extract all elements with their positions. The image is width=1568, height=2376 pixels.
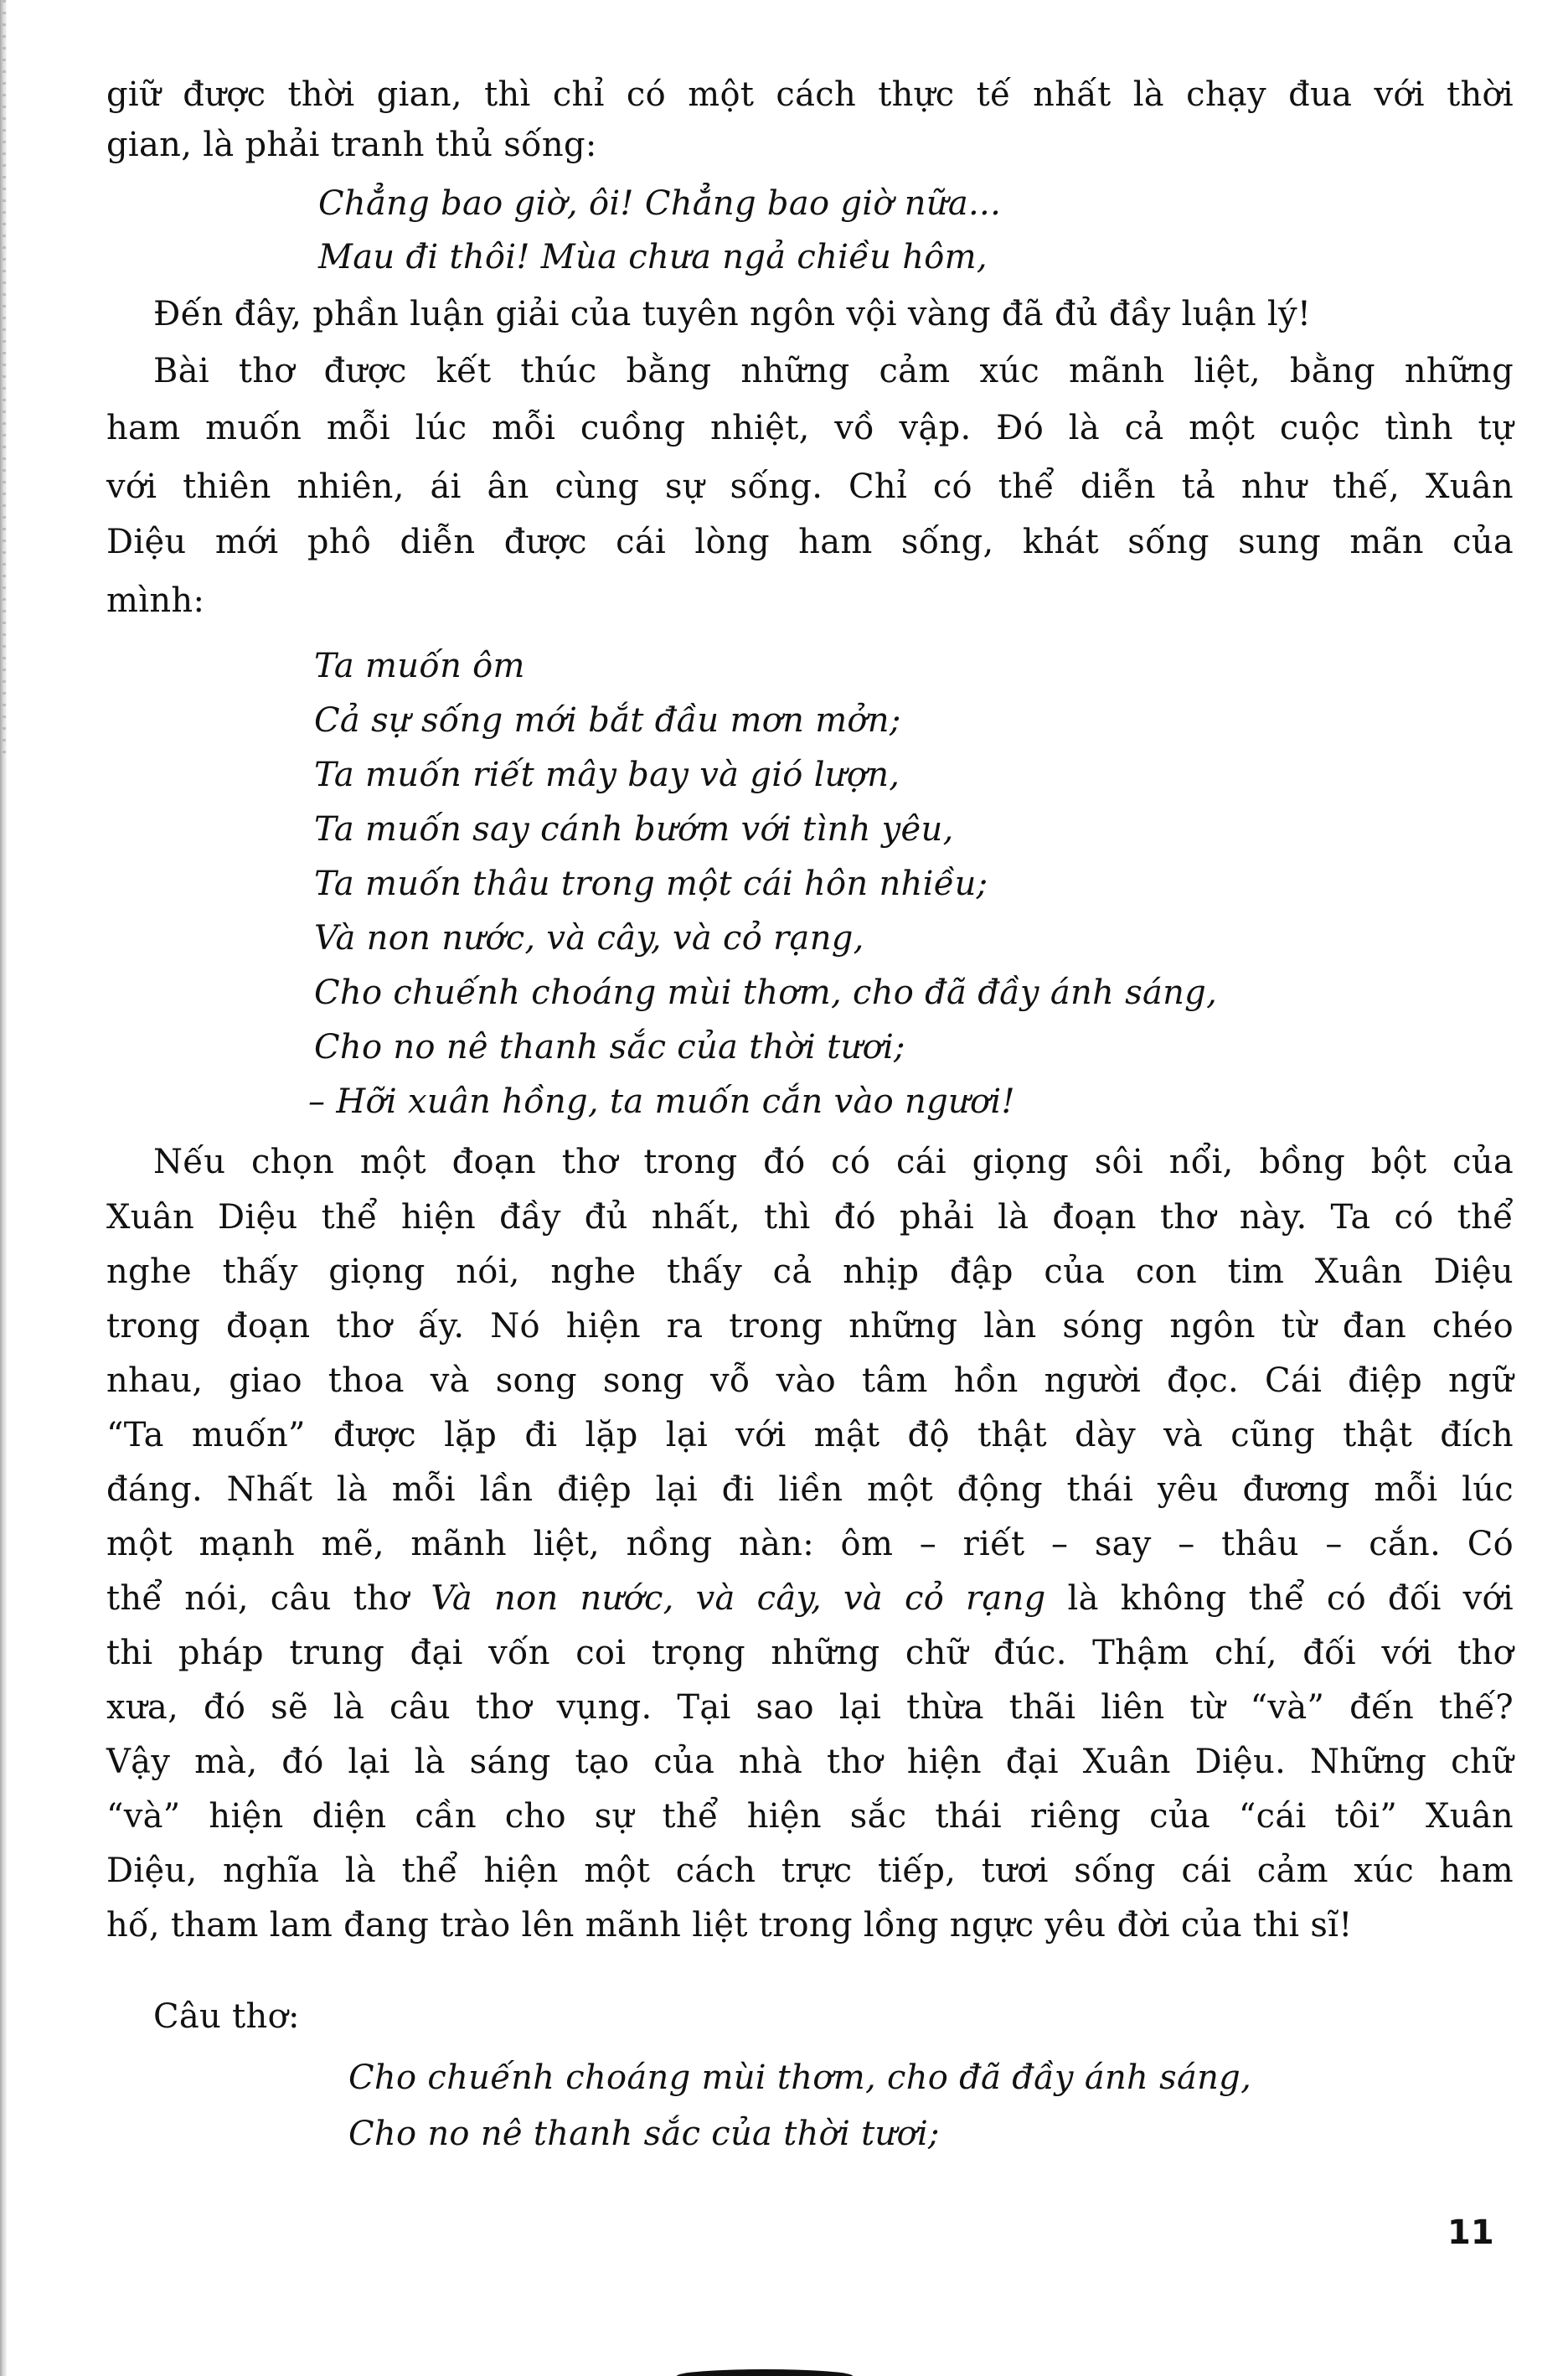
paragraph-4-line-14: Diệu, nghĩa là thể hiện một cách trực ti… bbox=[106, 1850, 1514, 1892]
verse-2-line-2: Cả sự sống mới bắt đầu mơn mởn; bbox=[314, 700, 901, 741]
paragraph-4-line-2: Xuân Diệu thể hiện đầy đủ nhất, thì đó p… bbox=[106, 1196, 1514, 1238]
verse-3-line-1: Cho chuếnh choáng mùi thơm, cho đã đầy á… bbox=[348, 2057, 1251, 2099]
paragraph-3-line-5: mình: bbox=[106, 580, 1514, 622]
line-9-text-after: là không thể có đối với bbox=[1046, 1579, 1514, 1618]
verse-2-line-8: Cho no nê thanh sắc của thời tươi; bbox=[314, 1026, 905, 1068]
paragraph-2-line-1: Đến đây, phần luận giải của tuyên ngôn v… bbox=[153, 293, 1514, 335]
paragraph-4-line-5: nhau, giao thoa và song song vỗ vào tâm … bbox=[106, 1360, 1514, 1402]
verse-1-line-2: Mau đi thôi! Mùa chưa ngả chiều hôm, bbox=[318, 236, 988, 278]
verse-2-line-1: Ta muốn ôm bbox=[314, 645, 525, 687]
binding-shadow-artifact bbox=[677, 2369, 853, 2376]
verse-2-line-7: Cho chuếnh choáng mùi thơm, cho đã đầy á… bbox=[314, 972, 1217, 1014]
verse-2-line-3: Ta muốn riết mây bay và gió lượn, bbox=[314, 754, 900, 796]
verse-2-line-9: – Hỡi xuân hồng, ta muốn cắn vào ngươi! bbox=[308, 1081, 1015, 1123]
paragraph-3-line-1: Bài thơ được kết thúc bằng những cảm xúc… bbox=[153, 350, 1514, 392]
verse-3-line-2: Cho no nê thanh sắc của thời tươi; bbox=[348, 2113, 940, 2155]
paragraph-3-line-4: Diệu mới phô diễn được cái lòng ham sống… bbox=[106, 521, 1514, 563]
paragraph-3-line-2: ham muốn mỗi lúc mỗi cuồng nhiệt, vồ vập… bbox=[106, 407, 1514, 449]
paragraph-4-line-1: Nếu chọn một đoạn thơ trong đó có cái gi… bbox=[153, 1141, 1514, 1183]
inline-verse-quote: Và non nước, và cây, và cỏ rạng bbox=[431, 1579, 1045, 1618]
paragraph-4-line-11: xưa, đó sẽ là câu thơ vụng. Tại sao lại … bbox=[106, 1686, 1514, 1728]
paragraph-1-line-2: gian, là phải tranh thủ sống: bbox=[106, 124, 1514, 166]
paragraph-4-line-10: thi pháp trung đại vốn coi trọng những c… bbox=[106, 1632, 1514, 1674]
book-page: giữ được thời gian, thì chỉ có một cách … bbox=[0, 0, 1568, 2376]
verse-2-line-5: Ta muốn thâu trong một cái hôn nhiều; bbox=[314, 863, 988, 905]
paragraph-4-line-7: đáng. Nhất là mỗi lần điệp lại đi liền m… bbox=[106, 1469, 1514, 1511]
paragraph-4-line-13: “và” hiện diện cần cho sự thể hiện sắc t… bbox=[106, 1795, 1514, 1837]
paragraph-4-line-4: trong đoạn thơ ấy. Nó hiện ra trong nhữn… bbox=[106, 1305, 1514, 1347]
paragraph-4-line-8: một mạnh mẽ, mãnh liệt, nồng nàn: ôm – r… bbox=[106, 1523, 1514, 1565]
paragraph-5-line-1: Câu thơ: bbox=[153, 1996, 1514, 2038]
paragraph-4-line-12: Vậy mà, đó lại là sáng tạo của nhà thơ h… bbox=[106, 1741, 1514, 1783]
paragraph-1-line-1: giữ được thời gian, thì chỉ có một cách … bbox=[106, 74, 1514, 116]
verse-2-line-4: Ta muốn say cánh bướm với tình yêu, bbox=[314, 808, 954, 850]
page-number: 11 bbox=[1447, 2212, 1494, 2254]
verse-1-line-1: Chẳng bao giờ, ôi! Chẳng bao giờ nữa... bbox=[318, 183, 1001, 225]
paragraph-4-line-6: “Ta muốn” được lặp đi lặp lại với mật độ… bbox=[106, 1414, 1514, 1456]
line-9-text-before: thể nói, câu thơ bbox=[106, 1579, 431, 1618]
paragraph-3-line-3: với thiên nhiên, ái ân cùng sự sống. Chỉ… bbox=[106, 466, 1514, 508]
paragraph-4-line-3: nghe thấy giọng nói, nghe thấy cả nhịp đ… bbox=[106, 1251, 1514, 1293]
paragraph-4-line-9: thể nói, câu thơ Và non nước, và cây, và… bbox=[106, 1578, 1514, 1619]
verse-2-line-6: Và non nước, và cây, và cỏ rạng, bbox=[314, 917, 864, 959]
paragraph-4-line-15: hố, tham lam đang trào lên mãnh liệt tro… bbox=[106, 1904, 1514, 1946]
